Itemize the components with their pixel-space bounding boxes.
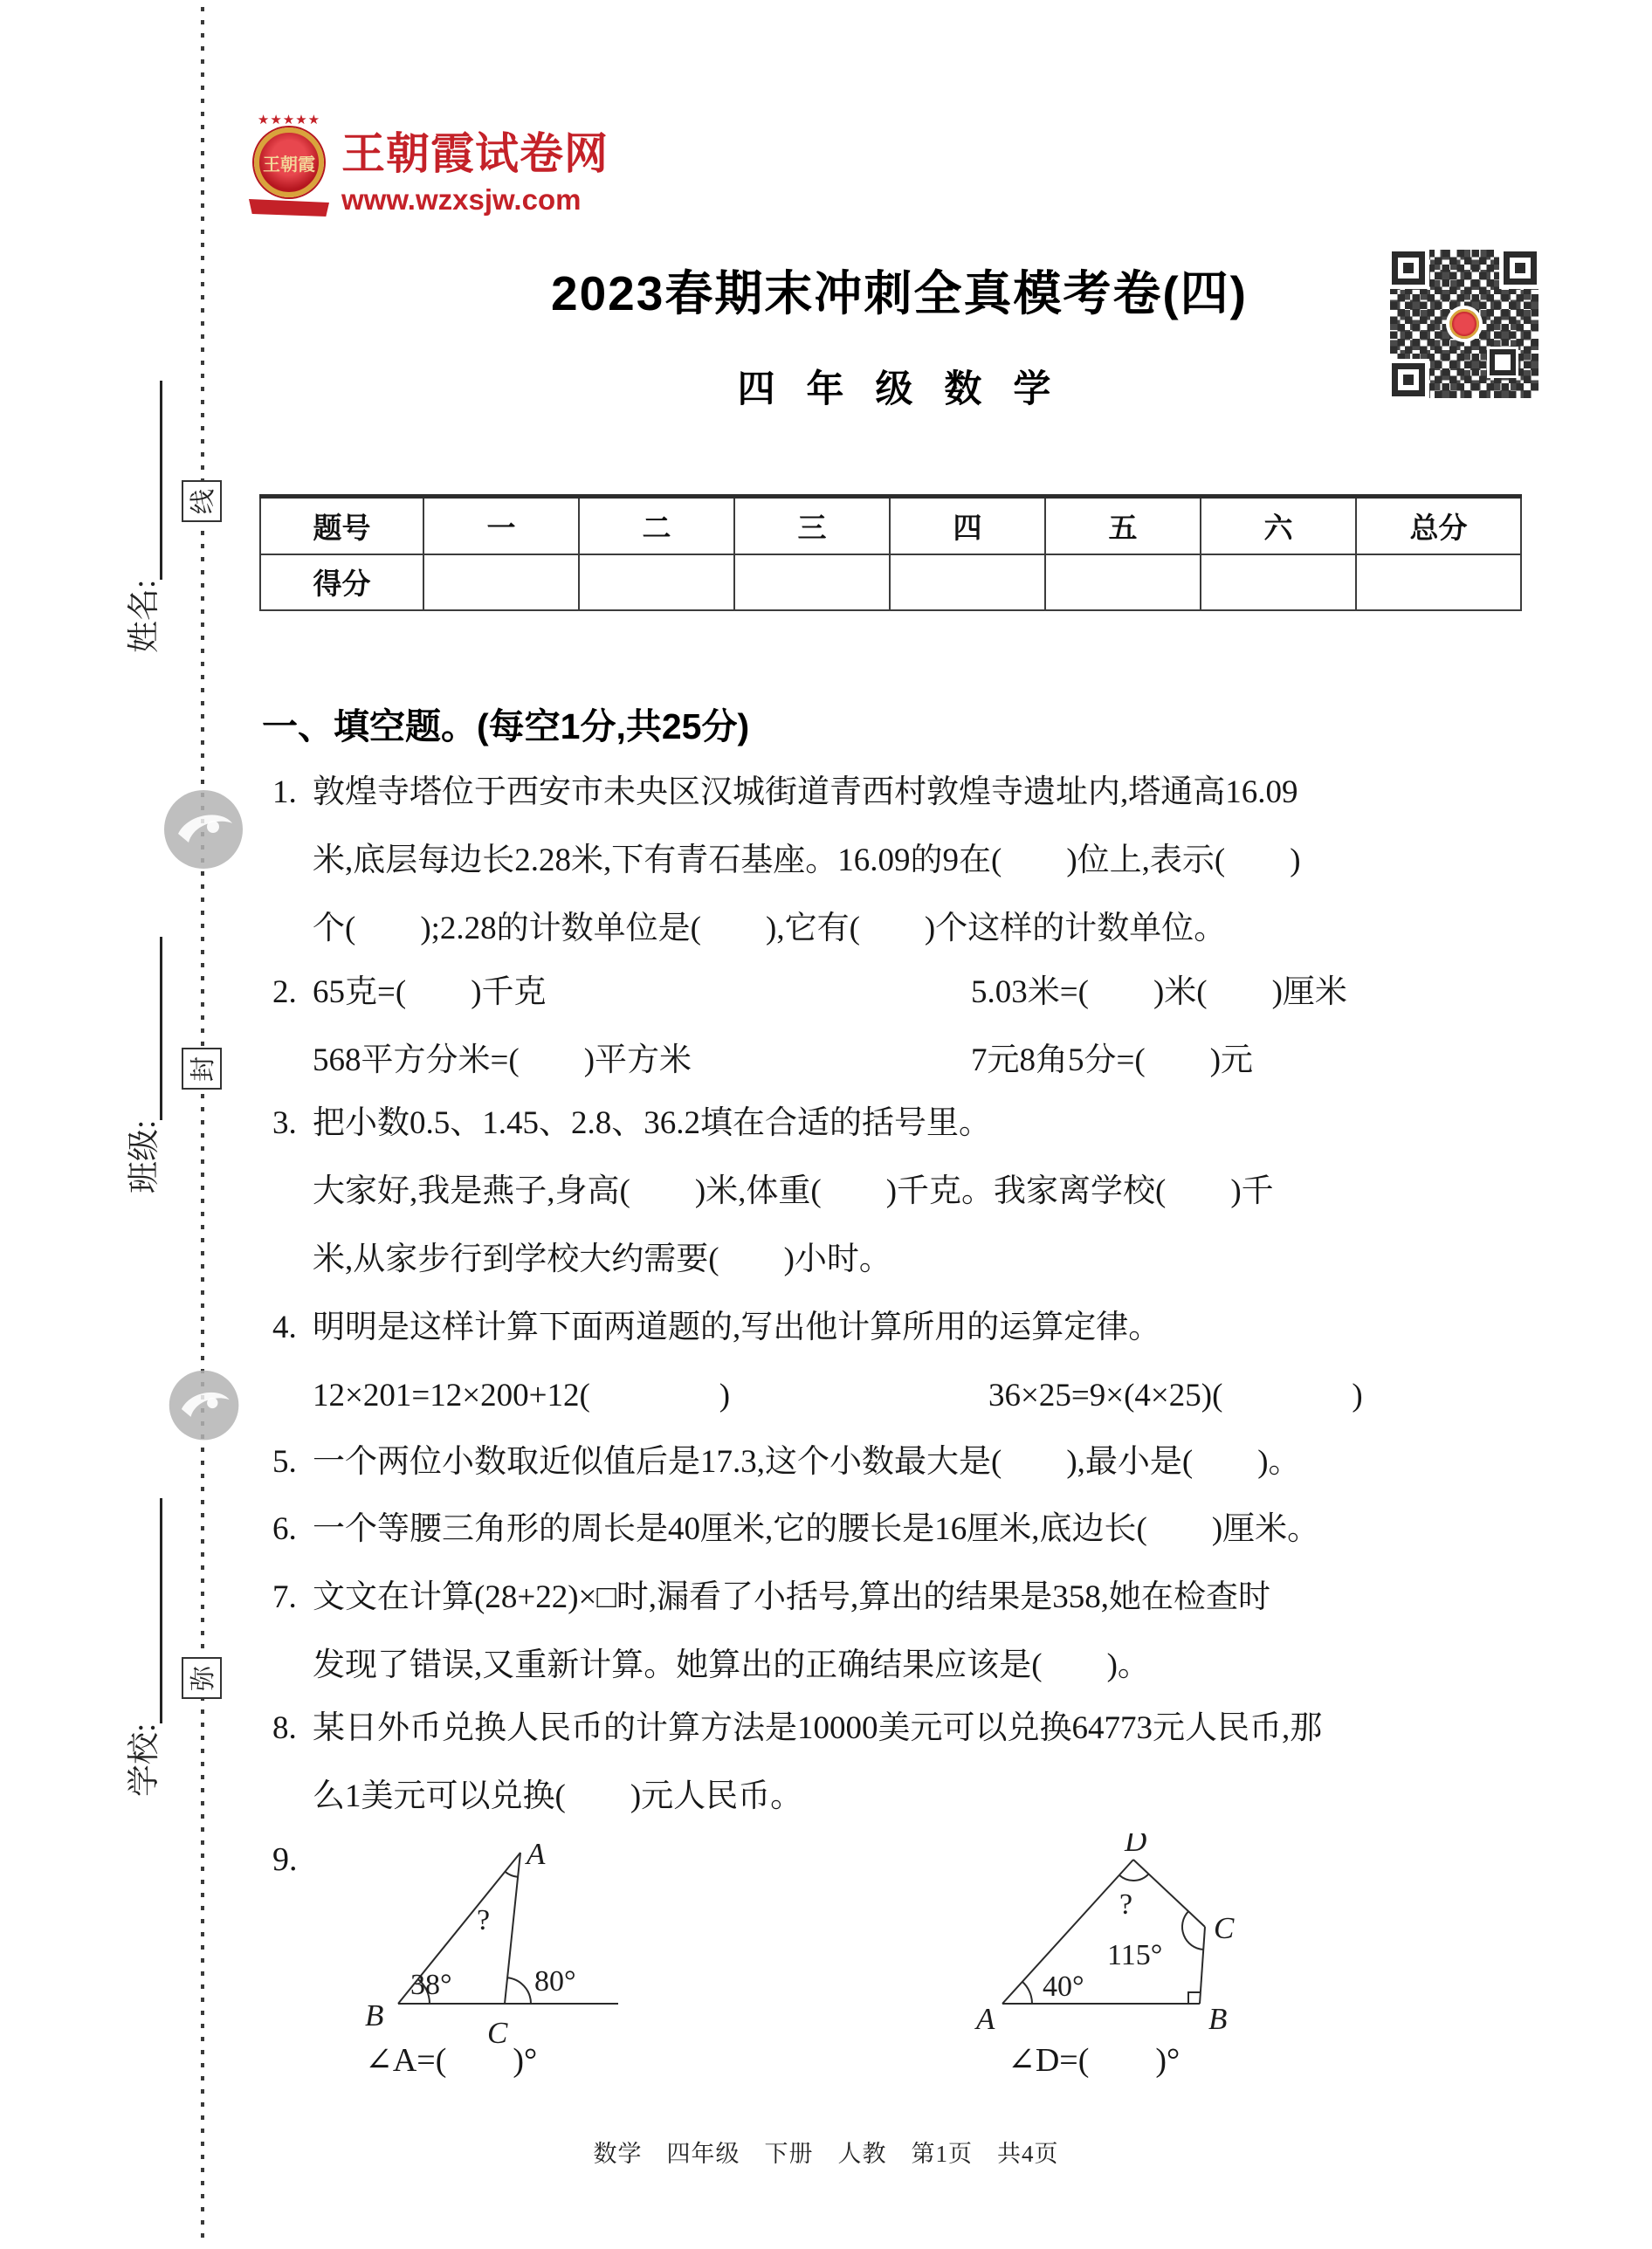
- field-blank-line: [133, 937, 162, 1120]
- seal-box-xian: 线: [182, 480, 222, 522]
- section-heading: 一、填空题。(每空1分,共25分): [262, 698, 749, 754]
- vertex-label: D: [1124, 1833, 1146, 1858]
- score-cell-empty: [423, 554, 579, 610]
- question-4: 4. 明明是这样计算下面两道题的,写出他计算所用的运算定律。 12×201=12…: [262, 1294, 1572, 1430]
- answer-blank-angle-a: ∠A=( )°: [365, 2032, 537, 2080]
- score-cell-empty: [1045, 554, 1201, 610]
- question-2-line-1: 65克=( )千克 5.03米=( )米( )厘米: [262, 959, 1572, 1027]
- score-table-score-row: 得分: [260, 554, 1521, 610]
- question-8-line-2: 么1美元可以兑换( )元人民币。: [262, 1763, 1572, 1831]
- header-cell: 三: [734, 497, 890, 554]
- seal-char: 线: [183, 488, 219, 513]
- question-6-line-1: 一个等腰三角形的周长是40厘米,它的腰长是16厘米,底边长( )厘米。: [262, 1496, 1572, 1564]
- seal-char: 弥: [183, 1665, 219, 1690]
- vertex-label: A: [974, 2002, 995, 2036]
- watermark-icon: [162, 788, 245, 876]
- q2-right: 7元8角5分=( )元: [971, 1027, 1253, 1095]
- score-cell-empty: [734, 554, 890, 610]
- field-label: 班级:: [127, 1120, 162, 1193]
- header-cell: 六: [1201, 497, 1356, 554]
- exam-page: 线 封 弥 姓名: 班级: 学校: ★★★★★: [0, 0, 1652, 2249]
- seal-char: 封: [183, 1056, 219, 1081]
- q4-formula-1: 12×201=12×200+12( ): [313, 1378, 730, 1413]
- question-8-line-1: 某日外币兑换人民币的计算方法是10000美元可以兑换64773元人民币,那: [262, 1695, 1572, 1763]
- stars-icon: ★★★★★: [247, 112, 331, 127]
- brand-logo: ★★★★★ 王朝霞 王朝霞试卷网 www.wzxsjw.com: [247, 103, 614, 234]
- score-cell-empty: [890, 554, 1045, 610]
- triangle-figure: A B C 38° 80° ?: [365, 1833, 627, 2052]
- quadrilateral-figure: D C B A 40° 115° ?: [974, 1833, 1236, 2052]
- field-blank-line: [133, 1498, 162, 1723]
- question-6: 6. 一个等腰三角形的周长是40厘米,它的腰长是16厘米,底边长( )厘米。: [262, 1496, 1572, 1564]
- question-9-figure-2: D C B A 40° 115° ? ∠D=( )°: [974, 1833, 1245, 2087]
- seal-dotted-line: [201, 7, 204, 2242]
- header-cell: 四: [890, 497, 1045, 554]
- q2-right: 5.03米=( )米( )厘米: [971, 959, 1347, 1027]
- question-4-line-1: 明明是这样计算下面两道题的,写出他计算所用的运算定律。: [262, 1294, 1572, 1362]
- question-3: 3. 把小数0.5、1.45、2.8、36.2填在合适的括号里。 大家好,我是燕…: [262, 1090, 1572, 1294]
- question-1-line-2: 米,底层每边长2.28米,下有青石基座。16.09的9在( )位上,表示( ): [262, 827, 1572, 895]
- page-subtitle: 四 年 级 数 学: [227, 360, 1572, 413]
- header-cell: 二: [579, 497, 734, 554]
- brand-site-name: 王朝霞试卷网: [341, 119, 609, 182]
- vertex-label: B: [1208, 2002, 1227, 2036]
- question-3-line-1: 把小数0.5、1.45、2.8、36.2填在合适的括号里。: [262, 1090, 1572, 1158]
- field-blank-line: [133, 381, 162, 580]
- q2-left: 65克=( )千克: [313, 974, 547, 1010]
- angle-label: 115°: [1107, 1939, 1162, 1971]
- answer-blank-angle-d: ∠D=( )°: [1008, 2032, 1180, 2080]
- q4-formula-2: 36×25=9×(4×25)( ): [988, 1362, 1363, 1430]
- unknown-angle-label: ?: [477, 1904, 490, 1936]
- angle-label: 38°: [410, 1969, 452, 2001]
- score-row-label: 得分: [260, 554, 423, 610]
- header-cell: 题号: [260, 497, 423, 554]
- field-school: 学校:: [122, 1491, 162, 1797]
- watermark-icon: [168, 1369, 241, 1447]
- q2-left: 568平方分米=( )平方米: [313, 1042, 692, 1078]
- score-cell-empty: [1356, 554, 1521, 610]
- question-8: 8. 某日外币兑换人民币的计算方法是10000美元可以兑换64773元人民币,那…: [262, 1695, 1572, 1831]
- score-cell-empty: [1201, 554, 1356, 610]
- question-2: 2. 65克=( )千克 5.03米=( )米( )厘米 568平方分米=( )…: [262, 959, 1572, 1095]
- question-1-line-1: 敦煌寺塔位于西安市未央区汉城街道青西村敦煌寺遗址内,塔通高16.09: [262, 759, 1572, 827]
- field-label: 学校:: [127, 1723, 162, 1797]
- vertex-label: C: [1214, 1911, 1235, 1945]
- question-3-line-3: 米,从家步行到学校大约需要( )小时。: [262, 1226, 1572, 1294]
- angle-label: 40°: [1043, 1970, 1084, 2003]
- question-7: 7. 文文在计算(28+22)×□时,漏看了小括号,算出的结果是358,她在检查…: [262, 1564, 1572, 1700]
- score-table-header-row: 题号 一 二 三 四 五 六 总分: [260, 497, 1521, 554]
- question-1-line-3: 个( );2.28的计数单位是( ),它有( )个这样的计数单位。: [262, 895, 1572, 963]
- field-student-name: 姓名:: [122, 374, 162, 653]
- question-3-line-2: 大家好,我是燕子,身高( )米,体重( )千克。我家离学校( )千: [262, 1158, 1572, 1226]
- angle-label: 80°: [534, 1965, 576, 1998]
- question-7-line-2: 发现了错误,又重新计算。她算出的正确结果应该是( )。: [262, 1632, 1572, 1700]
- ribbon-icon: [249, 199, 329, 217]
- header-cell: 五: [1045, 497, 1201, 554]
- question-5: 5. 一个两位小数取近似值后是17.3,这个小数最大是( ),最小是( )。: [262, 1428, 1572, 1496]
- question-4-formulas: 12×201=12×200+12( ) 36×25=9×(4×25)( ): [262, 1362, 1572, 1430]
- brand-medallion-icon: ★★★★★ 王朝霞: [247, 115, 331, 218]
- seal-box-mi: 弥: [182, 1657, 222, 1699]
- question-5-line-1: 一个两位小数取近似值后是17.3,这个小数最大是( ),最小是( )。: [262, 1428, 1572, 1496]
- field-label: 姓名:: [127, 580, 162, 653]
- score-table: 题号 一 二 三 四 五 六 总分 得分: [259, 494, 1522, 611]
- question-1: 1. 敦煌寺塔位于西安市未央区汉城街道青西村敦煌寺遗址内,塔通高16.09 米,…: [262, 759, 1572, 963]
- seal-box-feng: 封: [182, 1048, 222, 1090]
- unknown-angle-label: ?: [1119, 1888, 1132, 1921]
- score-cell-empty: [579, 554, 734, 610]
- header-cell: 一: [423, 497, 579, 554]
- vertex-label: B: [365, 1998, 383, 2032]
- page-title: 2023春期末冲刺全真模考卷(四): [227, 255, 1572, 324]
- vertex-label: A: [525, 1837, 546, 1871]
- question-7-line-1: 文文在计算(28+22)×□时,漏看了小括号,算出的结果是358,她在检查时: [262, 1564, 1572, 1632]
- question-9-figure-1: A B C 38° 80° ? ∠A=( )°: [365, 1833, 636, 2087]
- field-class: 班级:: [122, 932, 162, 1193]
- question-2-line-2: 568平方分米=( )平方米 7元8角5分=( )元: [262, 1027, 1572, 1095]
- question-9-number: 9.: [272, 1840, 298, 1879]
- header-cell: 总分: [1356, 497, 1521, 554]
- brand-site-url: www.wzxsjw.com: [341, 183, 581, 217]
- medal-text: 王朝霞: [263, 150, 315, 175]
- page-footer: 数学 四年级 下册 人教 第1页 共4页: [0, 2135, 1652, 2169]
